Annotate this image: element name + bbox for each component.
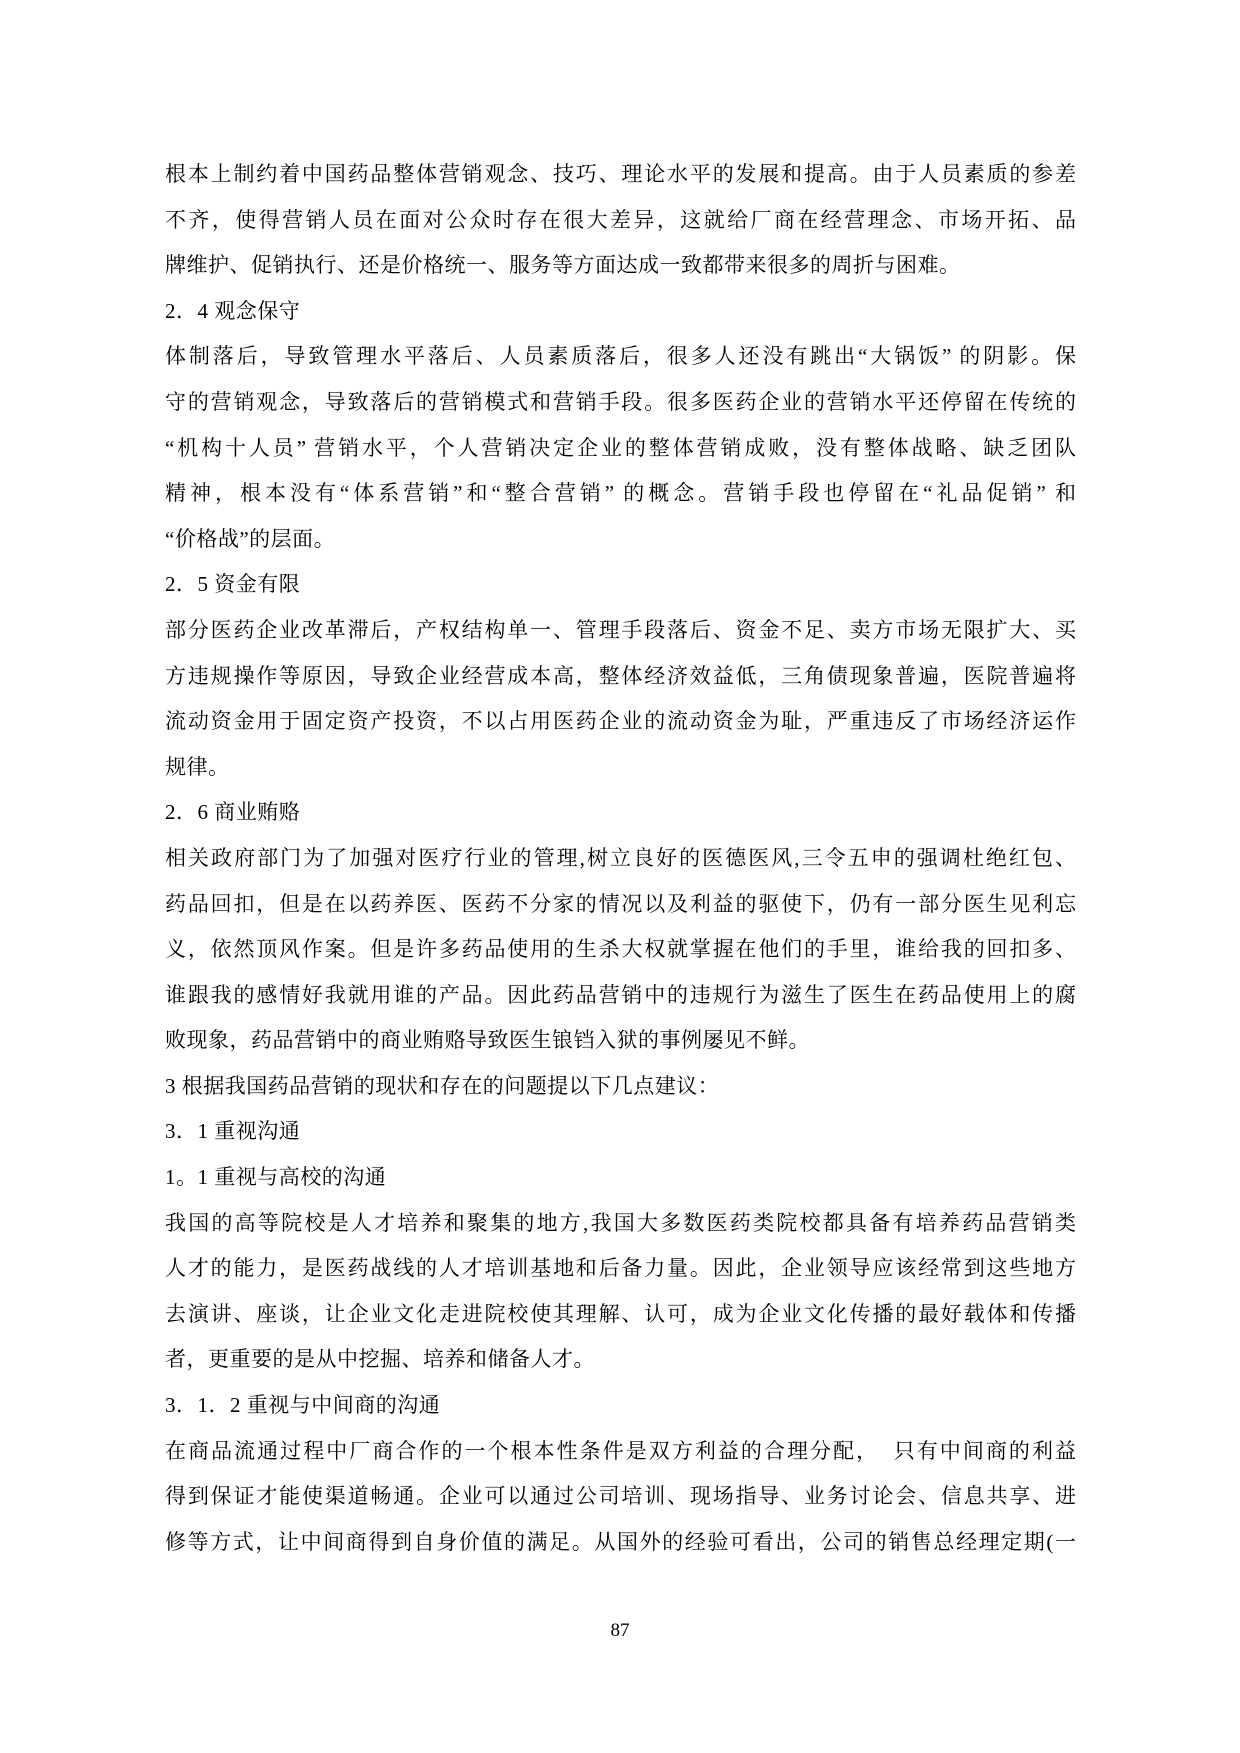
section-heading: 3．1．2 重视与中间商的沟通: [165, 1383, 1076, 1429]
text-line: 者，更重要的是从中挖掘、培养和储备人才。: [165, 1337, 1076, 1383]
text-line: 牌维护、促销执行、还是价格统一、服务等方面达成一致都带来很多的周折与困难。: [165, 243, 1076, 289]
text-line: 部分医药企业改革滞后，产权结构单一、管理手段落后、资金不足、卖方市场无限扩大、买: [165, 608, 1076, 654]
text-line: 守的营销观念，导致落后的营销模式和营销手段。很多医药企业的营销水平还停留在传统的: [165, 380, 1076, 426]
page-number: 87: [0, 1618, 1240, 1644]
text-line: 修等方式，让中间商得到自身价值的满足。从国外的经验可看出，公司的销售总经理定期(…: [165, 1520, 1076, 1566]
text-line: 药品回扣，但是在以药养医、医药不分家的情况以及利益的驱使下，仍有一部分医生见利忘: [165, 882, 1076, 928]
text-line: 方违规操作等原因，导致企业经营成本高，整体经济效益低，三角债现象普遍，医院普遍将: [165, 654, 1076, 700]
section-heading: 2．6 商业贿赂: [165, 790, 1076, 836]
text-line: 规律。: [165, 745, 1076, 791]
text-line: “机构十人员” 营销水平，个人营销决定企业的整体营销成败，没有整体战略、缺乏团队: [165, 426, 1076, 472]
text-line: 人才的能力，是医药战线的人才培训基地和后备力量。因此，企业领导应该经常到这些地方: [165, 1246, 1076, 1292]
text-line: 流动资金用于固定资产投资，不以占用医药企业的流动资金为耻，严重违反了市场经济运作: [165, 699, 1076, 745]
section-heading: 3．1 重视沟通: [165, 1109, 1076, 1155]
text-block: 根本上制约着中国药品整体营销观念、技巧、理论水平的发展和提高。由于人员素质的参差…: [165, 152, 1076, 1565]
text-line: 体制落后，导致管理水平落后、人员素质落后，很多人还没有跳出“大锅饭” 的阴影。保: [165, 334, 1076, 380]
section-heading: 2．5 资金有限: [165, 562, 1076, 608]
text-line: 在商品流通过程中厂商合作的一个根本性条件是双方利益的合理分配， 只有中间商的利益: [165, 1429, 1076, 1475]
text-line: 我国的高等院校是人才培养和聚集的地方,我国大多数医药类院校都具备有培养药品营销类: [165, 1201, 1076, 1247]
text-line: 精神，根本没有“体系营销”和“整合营销” 的概念。营销手段也停留在“礼品促销” …: [165, 471, 1076, 517]
section-heading: 1。1 重视与高校的沟通: [165, 1155, 1076, 1201]
text-line: 不齐，使得营销人员在面对公众时存在很大差异，这就给厂商在经营理念、市场开拓、品: [165, 198, 1076, 244]
text-line: 相关政府部门为了加强对医疗行业的管理,树立良好的医德医风,三令五申的强调杜绝红包…: [165, 836, 1076, 882]
text-line: 败现象，药品营销中的商业贿赂导致医生锒铛入狱的事例屡见不鲜。: [165, 1018, 1076, 1064]
text-line: “价格战”的层面。: [165, 517, 1076, 563]
text-line: 去演讲、座谈，让企业文化走进院校使其理解、认可，成为企业文化传播的最好载体和传播: [165, 1292, 1076, 1338]
section-heading: 3 根据我国药品营销的现状和存在的问题提以下几点建议：: [165, 1064, 1076, 1110]
document-page: 根本上制约着中国药品整体营销观念、技巧、理论水平的发展和提高。由于人员素质的参差…: [0, 0, 1240, 1753]
text-line: 根本上制约着中国药品整体营销观念、技巧、理论水平的发展和提高。由于人员素质的参差: [165, 152, 1076, 198]
text-line: 得到保证才能使渠道畅通。企业可以通过公司培训、现场指导、业务讨论会、信息共享、进: [165, 1474, 1076, 1520]
text-line: 谁跟我的感情好我就用谁的产品。因此药品营销中的违规行为滋生了医生在药品使用上的腐: [165, 973, 1076, 1019]
text-line: 义，依然顶风作案。但是许多药品使用的生杀大权就掌握在他们的手里，谁给我的回扣多、: [165, 927, 1076, 973]
section-heading: 2．4 观念保守: [165, 289, 1076, 335]
